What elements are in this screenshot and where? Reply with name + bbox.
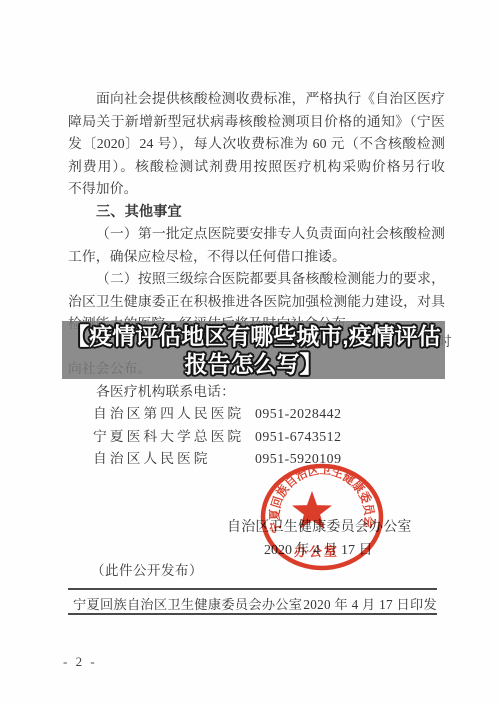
footer-print-date: 2020 年 4 月 17 日印发 [303,594,437,613]
scanned-document-page: 面向社会提供核酸检测收费标准，严格执行《自治区医疗保 障局关于新增新型冠状病毒核… [0,0,500,702]
body-line: 发〔2020〕24 号），每人次收费标准为 60 元（不含核酸检测试 [68,133,445,156]
body-line: （一）第一批定点医院要安排专人负责面向社会核酸检测 [68,223,445,246]
footer-issuer: 宁夏回族自治区卫生健康委员会办公室 [68,594,302,613]
contact-name: 自治区人民医院 [93,448,255,471]
body-line: 面向社会提供核酸检测收费标准，严格执行《自治区医疗保 [68,88,445,111]
official-seal-stamp: 宁夏回族自治区卫生健康委员会 办公室 [256,460,392,576]
seal-office-text: 办公室 [294,544,339,559]
footer-row: 宁夏回族自治区卫生健康委员会办公室 2020 年 4 月 17 日印发 [68,593,437,613]
star-icon [292,491,332,529]
public-release-note: （此件公开发布） [91,559,203,579]
caption-line-2: 报告怎么写】 [185,350,323,378]
body-line: 不得加价。 [68,178,445,201]
contact-row: 宁夏医科大学总医院 0951-6743512 [68,426,445,449]
contact-name: 自治区第四人民医院 [93,403,255,426]
contact-phone: 0951-6743512 [255,426,341,449]
overlay-caption: 【疫情评估地区有哪些城市,疫情评估 报告怎么写】 [62,321,445,379]
caption-line-1: 【疫情评估地区有哪些城市,疫情评估 [66,322,440,350]
footer-divider-top [68,588,437,590]
contact-name: 宁夏医科大学总医院 [93,426,255,449]
contact-row: 自治区第四人民医院 0951-2028442 [68,403,445,426]
body-line: 剂费用）。核酸检测试剂费用按照医疗机构采购价格另行收费， [68,156,445,179]
contacts-heading: 各医疗机构联系电话： [68,381,445,404]
body-line: 障局关于新增新型冠状病毒核酸检测项目价格的通知》（宁医保 [68,111,445,134]
document-body: 面向社会提供核酸检测收费标准，严格执行《自治区医疗保 障局关于新增新型冠状病毒核… [68,88,445,471]
section-heading: 三、其他事宜 [68,201,445,224]
page-number: - 2 - [63,654,97,670]
body-line: （二）按照三级综合医院都要具备核酸检测能力的要求，自 [68,268,445,291]
body-line: 工作，确保应检尽检，不得以任何借口推诿。 [68,246,445,269]
body-line: 治区卫生健康委正在积极推进各医院加强检测能力建设，对具备 [68,291,445,314]
footer-divider-bottom [68,613,437,615]
contact-phone: 0951-2028442 [255,403,341,426]
